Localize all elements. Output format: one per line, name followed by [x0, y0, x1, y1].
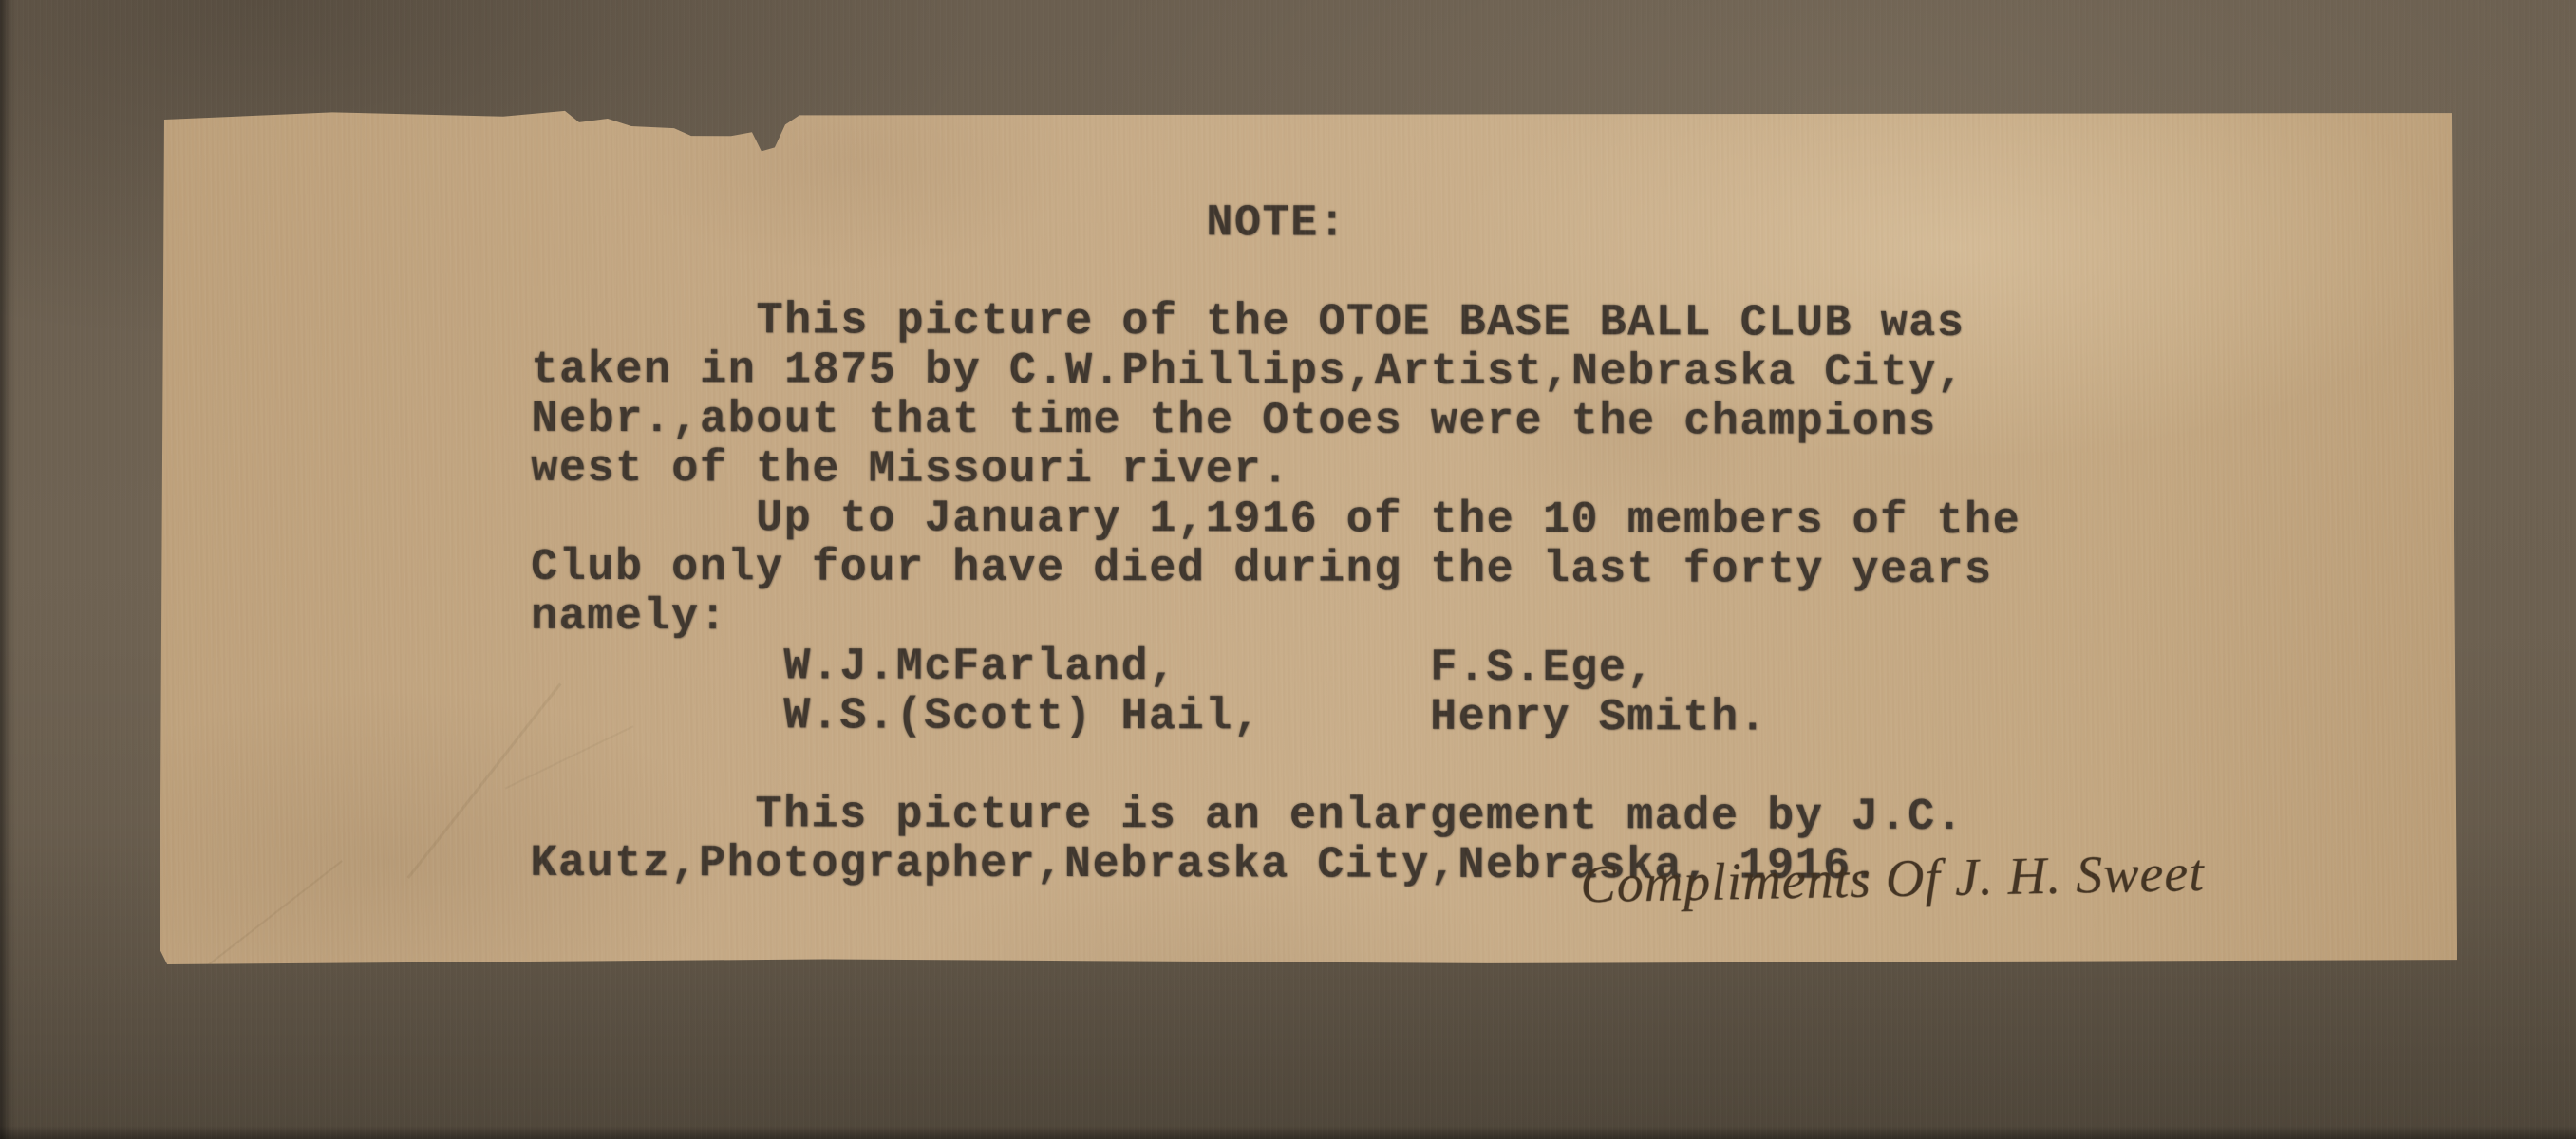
typed-line: west of the Missouri river. — [531, 445, 2021, 497]
typed-line: Nebr.,about that time the Otoes were the… — [531, 396, 2021, 448]
typed-line: This picture is an enlargement made by J… — [530, 791, 2020, 843]
typed-line: taken in 1875 by C.W.Phillips,Artist,Neb… — [531, 346, 2021, 399]
typed-line: Club only four have died during the last… — [531, 544, 2021, 596]
note-paper: NOTE: This picture of the OTOE BASE BALL… — [160, 106, 2459, 969]
board-bottom-edge-shadow — [0, 1126, 2576, 1139]
typed-line — [532, 248, 2021, 300]
typed-line: namely: — [531, 593, 2021, 645]
typed-line-names-2: W.S.(Scott) Hail, Henry Smith. — [531, 692, 2021, 744]
typed-line-heading: NOTE: — [532, 198, 2021, 251]
paper-crease — [207, 860, 343, 966]
typewritten-note: NOTE: This picture of the OTOE BASE BALL… — [530, 198, 2021, 892]
typed-line-names-1: W.J.McFarland, F.S.Ege, — [531, 643, 2021, 695]
photograph-of-mounted-note: NOTE: This picture of the OTOE BASE BALL… — [0, 0, 2576, 1139]
typed-line: This picture of the OTOE BASE BALL CLUB … — [531, 297, 2021, 349]
typed-line: Up to January 1,1916 of the 10 members o… — [531, 495, 2021, 547]
board-left-edge-shadow — [0, 0, 15, 1139]
typed-line — [530, 741, 2020, 794]
